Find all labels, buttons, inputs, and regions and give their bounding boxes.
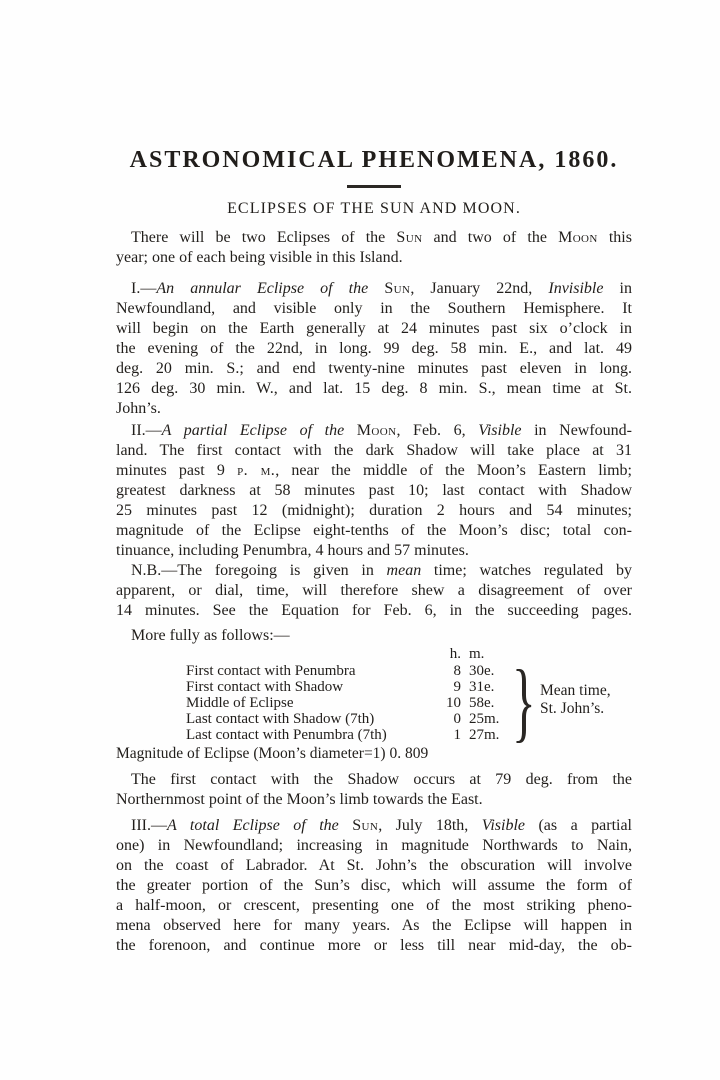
text-segment: N.B.—The foregoing is given in — [131, 562, 387, 579]
text-segment: An annular Eclipse of the — [156, 280, 384, 297]
text-segment: , January 22nd, — [410, 280, 548, 297]
row-label: Middle of Eclipse — [186, 695, 426, 711]
text-line: one) in Newfoundland; increasing in magn… — [116, 836, 632, 856]
text-line: minutes past 9 p. m., near the middle of… — [116, 461, 632, 481]
text-line: Northernmost point of the Moon’s limb to… — [116, 790, 632, 810]
text-line: 14 minutes. See the Equation for Feb. 6,… — [116, 601, 632, 621]
text-segment: 14 minutes. See the Equation for Feb. 6,… — [116, 602, 632, 619]
text-segment: one) in Newfoundland; increasing in magn… — [116, 837, 632, 854]
table-row: Last contact with Penumbra (7th)127m. — [116, 727, 632, 743]
text-line: 25 minutes past 12 (midnight); duration … — [116, 501, 632, 521]
text-segment: in — [603, 280, 632, 297]
intro-paragraph: There will be two Eclipses of the Sun an… — [116, 228, 632, 268]
row-label: First contact with Shadow — [186, 679, 426, 695]
text-segment: on the coast of Labrador. At St. John’s … — [116, 857, 632, 874]
section-2-paragraph: II.—A partial Eclipse of the Moon, Feb. … — [116, 421, 632, 561]
text-line: There will be two Eclipses of the Sun an… — [116, 228, 632, 248]
text-segment: in Newfound- — [522, 422, 633, 439]
post-table-paragraph: The first contact with the Shadow occurs… — [116, 770, 632, 810]
text-segment: mena observed here for many years. As th… — [116, 917, 632, 934]
text-segment: will begin on the Earth generally at 24 … — [116, 320, 632, 337]
more-fully-line: More fully as follows:— — [116, 626, 632, 646]
text-segment: Visible — [482, 817, 525, 834]
text-segment: 25 minutes past 12 (midnight); duration … — [116, 502, 632, 519]
text-line: III.—A total Eclipse of the Sun, July 18… — [116, 816, 632, 836]
text-line: tinuance, including Penumbra, 4 hours an… — [116, 541, 632, 561]
text-segment: the forenoon, and continue more or less … — [116, 937, 632, 954]
table-row: First contact with Penumbra830e. — [116, 663, 632, 679]
hours-cell: 1 — [426, 727, 461, 743]
text-segment: time; watches regulated by — [421, 562, 632, 579]
hours-cell: 10 — [426, 695, 461, 711]
text-segment: a half-moon, or crescent, presenting one… — [116, 897, 632, 914]
text-line: John’s. — [116, 399, 632, 419]
text-segment: Moon — [357, 422, 397, 439]
scanned-document-page: ASTRONOMICAL PHENOMENA, 1860. ECLIPSES O… — [0, 0, 720, 1080]
text-line: the forenoon, and continue more or less … — [116, 936, 632, 956]
eclipse-contact-table: h. m. First contact with Penumbra830e.Fi… — [116, 646, 632, 743]
text-segment: There will be two Eclipses of the — [131, 229, 396, 246]
text-segment: Northernmost point of the Moon’s limb to… — [116, 791, 483, 808]
text-segment: mean — [387, 562, 422, 579]
note-line: Mean time, — [540, 682, 611, 700]
hours-header: h. — [426, 646, 461, 663]
text-segment: year; one of each being visible in this … — [116, 249, 403, 266]
section-heading: ECLIPSES OF THE SUN AND MOON. — [116, 199, 632, 219]
text-line: year; one of each being visible in this … — [116, 248, 632, 268]
text-segment: the greater portion of the Sun’s disc, w… — [116, 877, 632, 894]
text-segment: Sun — [396, 229, 422, 246]
text-segment: apparent, or dial, time, will therefore … — [116, 582, 632, 599]
text-segment: greatest darkness at 58 minutes past 10;… — [116, 482, 632, 499]
text-segment: A total Eclipse of the — [167, 817, 352, 834]
text-segment: the evening of the 22nd, in long. 99 deg… — [116, 340, 632, 357]
section-1-paragraph: I.—An annular Eclipse of the Sun, Januar… — [116, 279, 632, 419]
text-line: magnitude of the Eclipse eight-tenths of… — [116, 521, 632, 541]
text-segment: tinuance, including Penumbra, 4 hours an… — [116, 542, 469, 559]
header-spacer — [186, 646, 426, 663]
text-segment: and two of the — [422, 229, 558, 246]
text-line: on the coast of Labrador. At St. John’s … — [116, 856, 632, 876]
text-segment: Sun — [352, 817, 378, 834]
text-line: greatest darkness at 58 minutes past 10;… — [116, 481, 632, 501]
row-label: First contact with Penumbra — [186, 663, 426, 679]
text-segment: , July 18th, — [378, 817, 482, 834]
title-rule — [347, 185, 401, 188]
text-line: a half-moon, or crescent, presenting one… — [116, 896, 632, 916]
text-segment: More fully as follows:— — [131, 627, 290, 644]
hours-cell: 9 — [426, 679, 461, 695]
text-segment: Moon — [558, 229, 598, 246]
section-3-paragraph: III.—A total Eclipse of the Sun, July 18… — [116, 816, 632, 956]
text-segment: Invisible — [548, 280, 603, 297]
brace-glyph: } — [512, 652, 536, 751]
text-segment: A partial Eclipse of the — [162, 422, 357, 439]
text-segment: III.— — [131, 817, 167, 834]
note-line: St. John’s. — [540, 700, 611, 718]
text-line: 126 deg. 30 min. W., and lat. 15 deg. 8 … — [116, 379, 632, 399]
text-line: Newfoundland, and visible only in the So… — [116, 299, 632, 319]
nb-paragraph: N.B.—The foregoing is given in mean time… — [116, 561, 632, 621]
text-line: apparent, or dial, time, will therefore … — [116, 581, 632, 601]
text-segment: The first contact with the Shadow occurs… — [131, 771, 632, 788]
text-segment: (as a partial — [525, 817, 632, 834]
text-segment: Visible — [478, 422, 521, 439]
text-line: The first contact with the Shadow occurs… — [116, 770, 632, 790]
page-title: ASTRONOMICAL PHENOMENA, 1860. — [116, 146, 632, 175]
text-segment: magnitude of the Eclipse eight-tenths of… — [116, 522, 632, 539]
row-label: Last contact with Shadow (7th) — [186, 711, 426, 727]
text-line: the greater portion of the Sun’s disc, w… — [116, 876, 632, 896]
text-segment: deg. 20 min. S.; and end twenty-nine min… — [116, 360, 632, 377]
text-line: land. The first contact with the dark Sh… — [116, 441, 632, 461]
text-line: mena observed here for many years. As th… — [116, 916, 632, 936]
text-segment: p. m. — [237, 462, 275, 479]
text-line: will begin on the Earth generally at 24 … — [116, 319, 632, 339]
text-segment: minutes past 9 — [116, 462, 237, 479]
text-line: I.—An annular Eclipse of the Sun, Januar… — [116, 279, 632, 299]
text-line: More fully as follows:— — [116, 626, 632, 646]
hours-cell: 0 — [426, 711, 461, 727]
text-line: deg. 20 min. S.; and end twenty-nine min… — [116, 359, 632, 379]
text-segment: this — [598, 229, 632, 246]
text-line: N.B.—The foregoing is given in mean time… — [116, 561, 632, 581]
text-segment: I.— — [131, 280, 156, 297]
text-line: the evening of the 22nd, in long. 99 deg… — [116, 339, 632, 359]
text-segment: II.— — [131, 422, 162, 439]
magnitude-line: Magnitude of Eclipse (Moon’s diameter=1)… — [116, 744, 632, 763]
text-line: II.—A partial Eclipse of the Moon, Feb. … — [116, 421, 632, 441]
text-segment: Newfoundland, and visible only in the So… — [116, 300, 632, 317]
mean-time-note: Mean time,St. John’s. — [540, 682, 611, 718]
text-segment: Sun — [384, 280, 410, 297]
row-label: Last contact with Penumbra (7th) — [186, 727, 426, 743]
masthead: ASTRONOMICAL PHENOMENA, 1860. ECLIPSES O… — [116, 146, 632, 219]
text-segment: , near the middle of the Moon’s Eastern … — [275, 462, 632, 479]
hours-cell: 8 — [426, 663, 461, 679]
table-header-row: h. m. — [116, 646, 632, 663]
text-segment: , Feb. 6, — [396, 422, 478, 439]
text-segment: John’s. — [116, 400, 161, 417]
text-segment: 126 deg. 30 min. W., and lat. 15 deg. 8 … — [116, 380, 632, 397]
text-segment: land. The first contact with the dark Sh… — [116, 442, 632, 459]
